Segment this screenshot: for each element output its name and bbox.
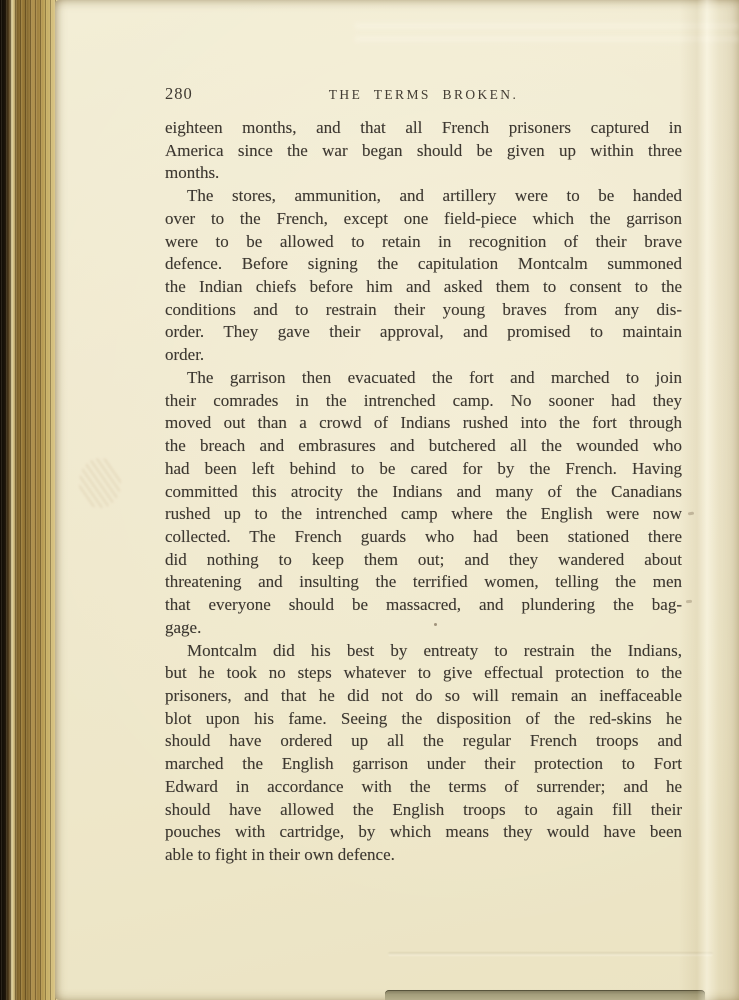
text-line: moved out than a crowd of Indians rushed…: [165, 412, 682, 435]
text-line: committed this atrocity the Indians and …: [165, 481, 682, 504]
text-line: should have allowed the English troops t…: [165, 799, 682, 822]
text-line: eighteen months, and that all French pri…: [165, 117, 682, 140]
text-line: defence. Before signing the capitulation…: [165, 253, 682, 276]
text-line: the Indian chiefs before him and asked t…: [165, 276, 682, 299]
running-title: THE TERMS BROKEN.: [165, 84, 682, 103]
text-line: months.: [165, 162, 682, 185]
text-line: over to the French, except one field-pie…: [165, 208, 682, 231]
text-line: order. They gave their approval, and pro…: [165, 321, 682, 344]
paper-texture-streak: [355, 16, 739, 46]
text-line: gage.: [165, 617, 682, 640]
cover-edge-below: [385, 990, 705, 1000]
text-line: should have ordered up all the regular F…: [165, 730, 682, 753]
text-line: were to be allowed to retain in recognit…: [165, 231, 682, 254]
text-line: that everyone should be massacred, and p…: [165, 594, 682, 617]
text-line: Edward in accordance with the terms of s…: [165, 776, 682, 799]
text-line: America since the war began should be gi…: [165, 140, 682, 163]
page-right-edge: [679, 0, 739, 1000]
text-line: Montcalm did his best by entreaty to res…: [165, 640, 682, 663]
smudge-mark: [79, 458, 121, 508]
page-header: 280 THE TERMS BROKEN.: [165, 84, 682, 106]
margin-mark: [688, 512, 694, 516]
text-line: pouches with cartridge, by which means t…: [165, 821, 682, 844]
text-line: threatening and insulting the terrified …: [165, 571, 682, 594]
page-number: 280: [165, 84, 193, 104]
text-line: had been left behind to be cared for by …: [165, 458, 682, 481]
page-crease: [388, 952, 713, 956]
text-line: conditions and to restrain their young b…: [165, 299, 682, 322]
text-line: The stores, ammunition, and artillery we…: [165, 185, 682, 208]
text-line: did nothing to keep them out; and they w…: [165, 549, 682, 572]
text-line: but he took no steps whatever to give ef…: [165, 662, 682, 685]
text-line: rushed up to the intrenched camp where t…: [165, 503, 682, 526]
ink-speck: [434, 623, 437, 626]
text-line: The garrison then evacuated the fort and…: [165, 367, 682, 390]
text-line: the breach and embrasures and butchered …: [165, 435, 682, 458]
book-page: 280 THE TERMS BROKEN. eighteen months, a…: [55, 0, 739, 1000]
margin-mark: [686, 600, 692, 604]
text-line: their comrades in the intrenched camp. N…: [165, 390, 682, 413]
page-body: eighteen months, and that all French pri…: [165, 117, 682, 867]
text-line: able to fight in their own defence.: [165, 844, 682, 867]
text-line: blot upon his fame. Seeing the dispositi…: [165, 708, 682, 731]
text-line: order.: [165, 344, 682, 367]
book-scan: 280 THE TERMS BROKEN. eighteen months, a…: [0, 0, 739, 1000]
text-line: collected. The French guards who had bee…: [165, 526, 682, 549]
text-line: prisoners, and that he did not do so wil…: [165, 685, 682, 708]
text-line: marched the English garrison under their…: [165, 753, 682, 776]
